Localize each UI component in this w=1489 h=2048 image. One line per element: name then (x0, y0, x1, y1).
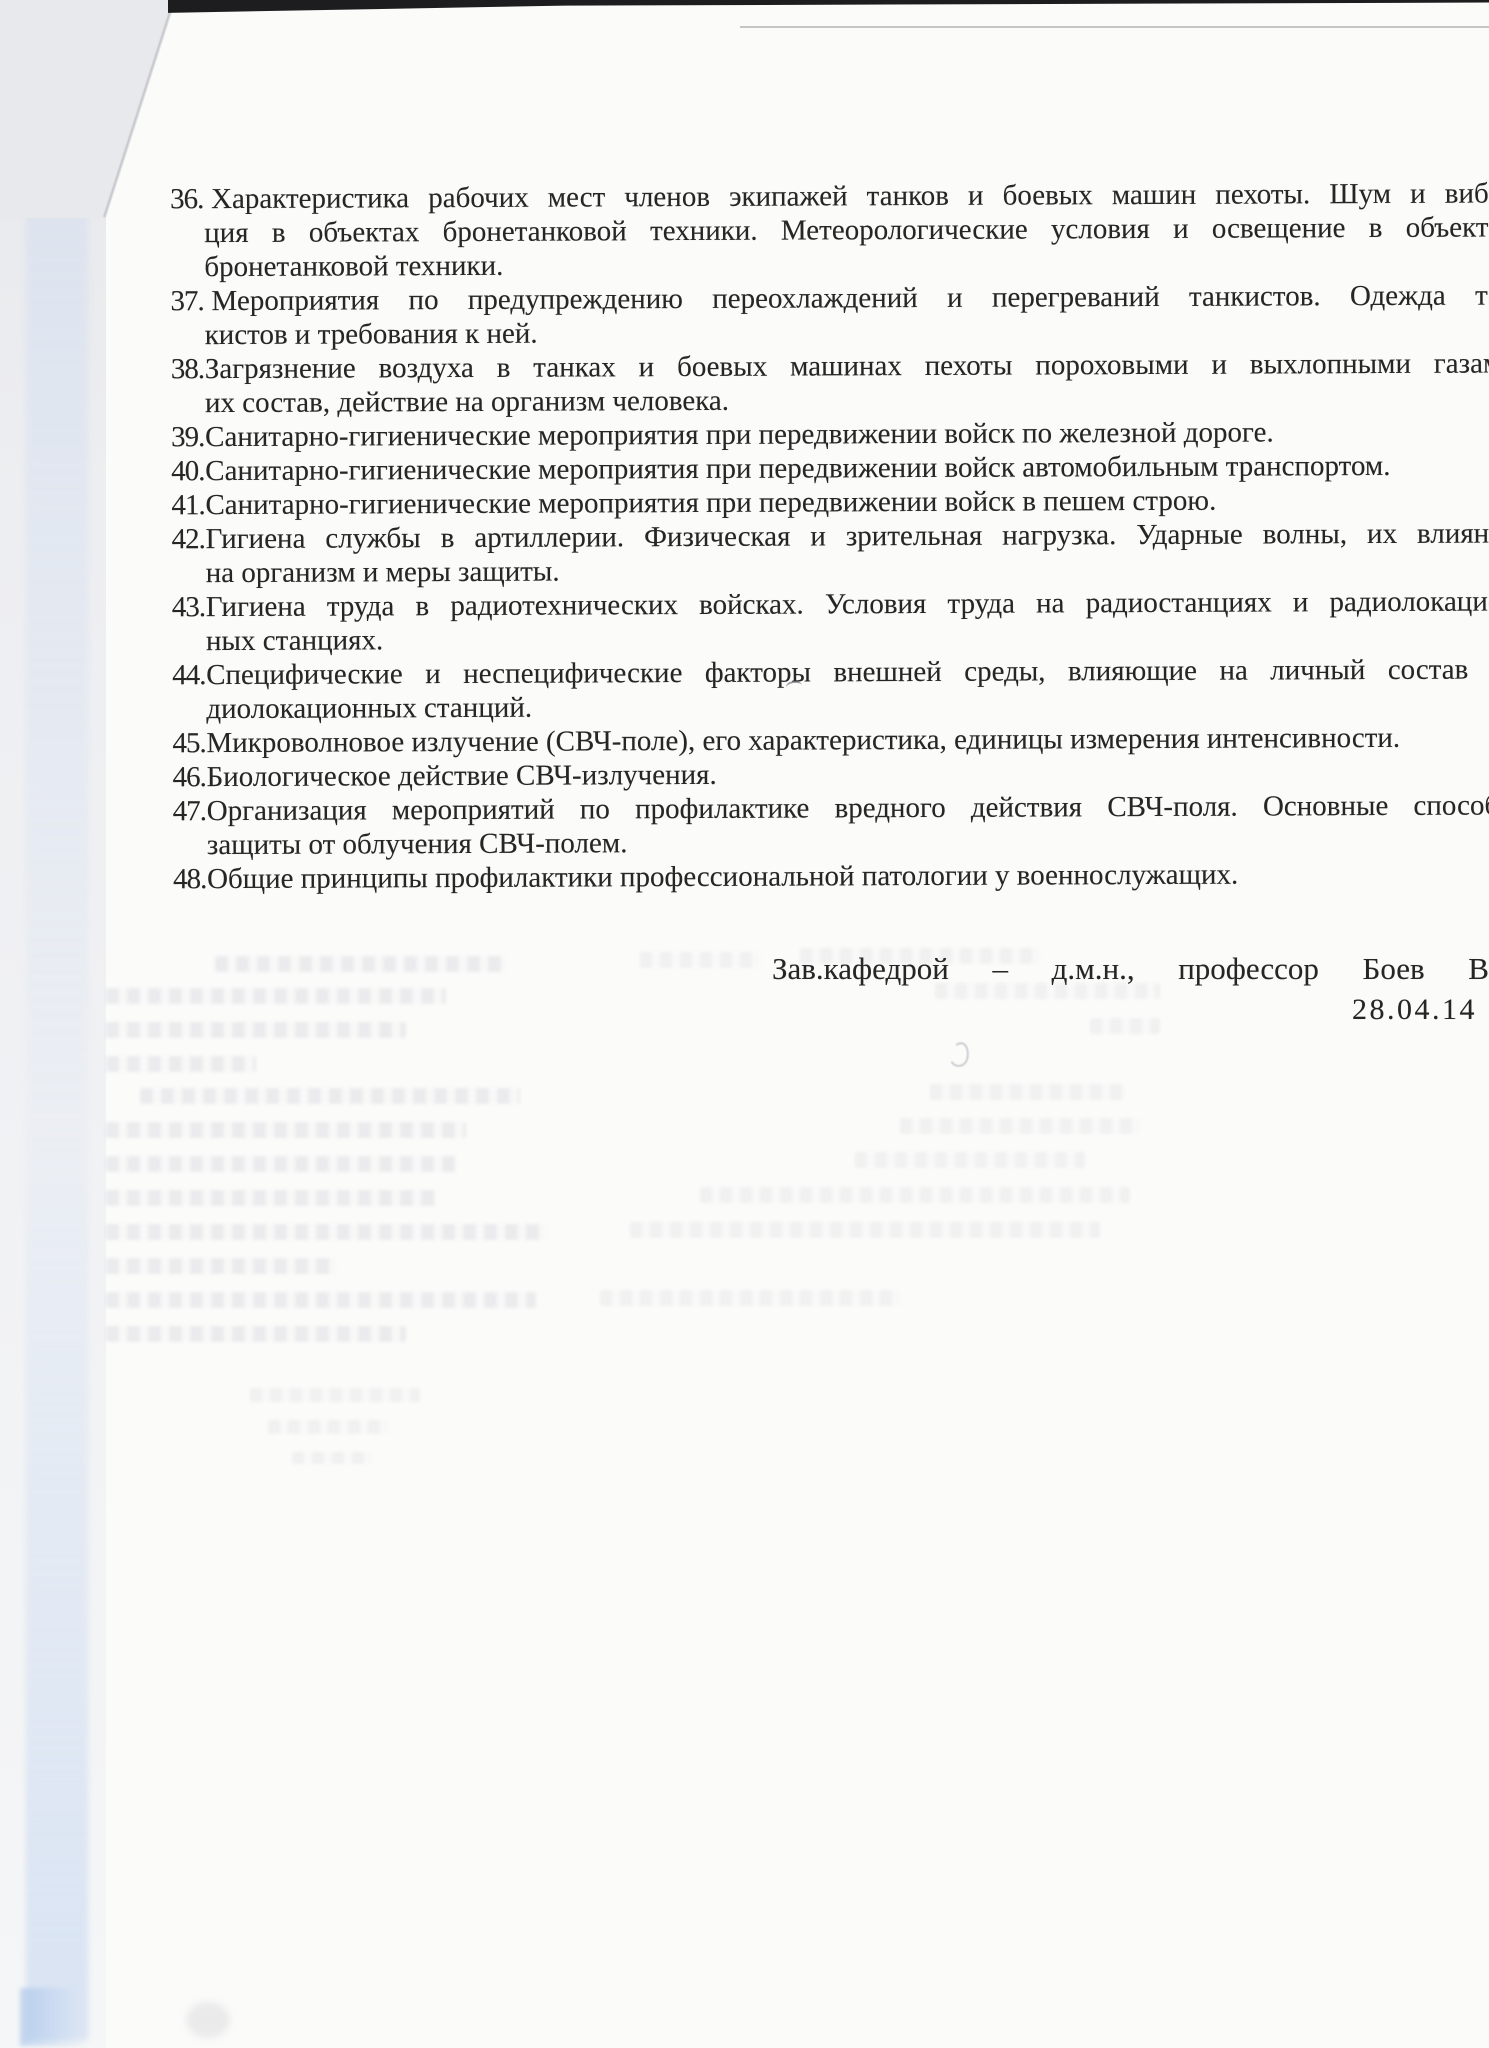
item-text: их состав, действие на организм человека… (205, 385, 729, 419)
item-text: Общие принципы профилактики профессионал… (207, 859, 1238, 895)
item-number: 37. (170, 284, 203, 318)
list-line: 48.Общие принципы профилактики профессио… (3, 856, 1489, 897)
item-text: Организация мероприятий по профилактике … (207, 789, 1489, 827)
item-number: 48. (173, 862, 206, 896)
item-text: Санитарно-гигиенические мероприятия при … (205, 416, 1274, 453)
item-number: 41. (171, 488, 204, 522)
item-text: бронетанковой техники. (204, 250, 503, 283)
item-text: Санитарно-гигиенические мероприятия при … (205, 450, 1390, 487)
item-text: на организм и меры защиты. (206, 556, 560, 590)
scan-top-edge-hairline (740, 26, 1489, 28)
item-text: Специфические и неспецифические факторы … (206, 653, 1489, 691)
item-text: кистов и требования к ней. (205, 318, 538, 351)
item-number: 47. (173, 794, 206, 828)
item-number: 40. (171, 454, 204, 488)
ink-speck-curl (947, 1040, 971, 1069)
item-number: 45. (172, 726, 205, 760)
item-number: 46. (173, 760, 206, 794)
item-number: 38. (171, 352, 204, 386)
item-text: ных станциях. (206, 624, 383, 657)
item-text: защиты от облучения СВЧ-полем. (207, 827, 628, 861)
item-text: Мероприятия по предупреждению переохлажд… (204, 279, 1489, 317)
scan-top-edge-shadow (168, 0, 1489, 14)
scan-bottom-left-mark (20, 1988, 82, 2046)
signature-date: 28.04.14 (1352, 993, 1477, 1027)
item-text: Гигиена службы в артиллерии. Физическая … (205, 517, 1489, 555)
item-text: Биологическое действие СВЧ-излучения. (207, 759, 717, 793)
question-list: 36.Характеристика рабочих мест членов эк… (0, 176, 1489, 897)
item-number: 36. (170, 182, 203, 216)
item-text: диолокационных станций. (206, 692, 532, 725)
item-text: Характеристика рабочих мест членов экипа… (204, 177, 1489, 215)
item-number: 43. (172, 590, 205, 624)
item-number: 44. (172, 658, 205, 692)
item-text: Санитарно-гигиенические мероприятия при … (205, 485, 1216, 521)
item-number: 42. (171, 522, 204, 556)
scan-bottom-smudge (186, 2002, 230, 2038)
item-text: Микроволновое излучение (СВЧ-поле), его … (206, 722, 1400, 759)
scanned-document-page: 36.Характеристика рабочих мест членов эк… (0, 0, 1489, 2048)
item-text: ция в объектах бронетанковой техники. Ме… (204, 211, 1489, 249)
item-text: Гигиена труда в радиотехнических войсках… (206, 585, 1489, 623)
item-number: 39. (171, 420, 204, 454)
item-text: Загрязнение воздуха в танках и боевых ма… (205, 347, 1489, 385)
